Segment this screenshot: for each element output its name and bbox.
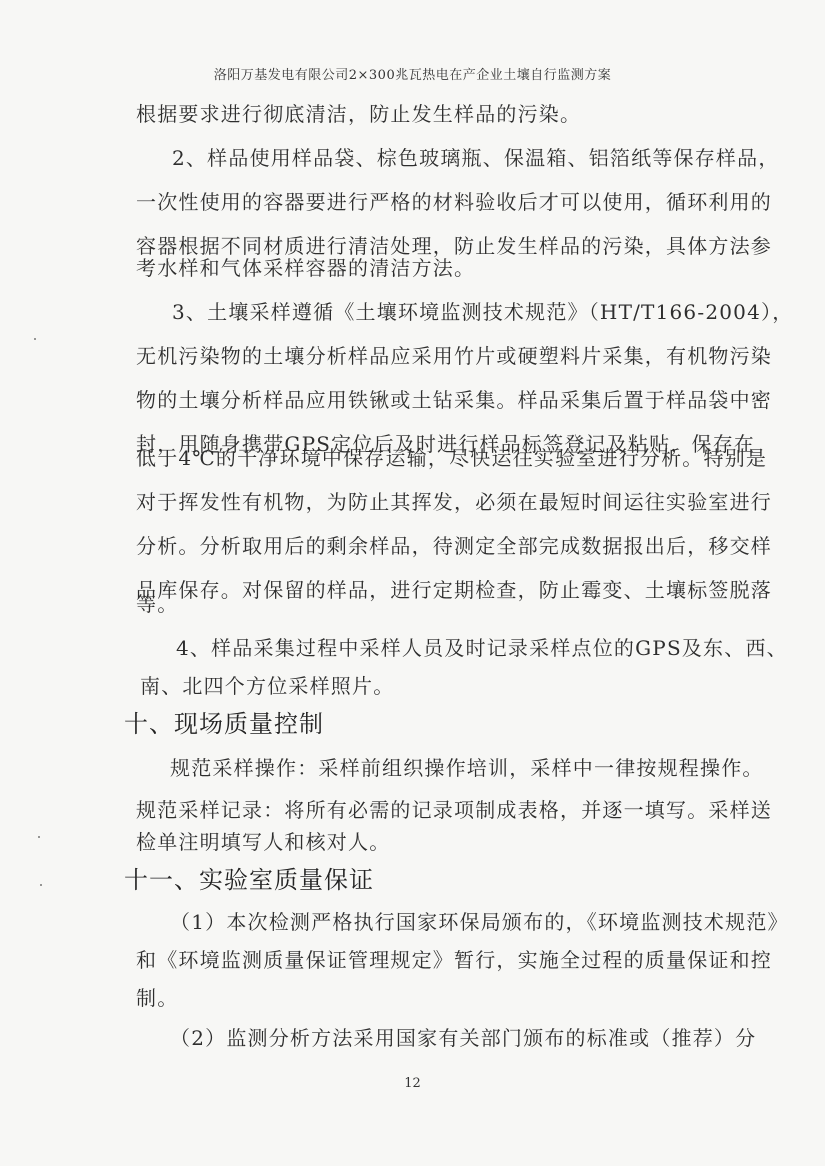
paragraph-line: 对于挥发性有机物，为防止其挥发，必须在最短时间运往实验室进行 (136, 490, 712, 514)
paragraph-line: 无机污染物的土壤分析样品应采用竹片或硬塑料片采集，有机物污染 (136, 344, 712, 368)
paragraph-line: 容器根据不同材质进行清洁处理，防止发生样品的污染，具体方法参 (136, 234, 712, 258)
paragraph-line: 规范采样操作：采样前组织操作培训，采样中一律按规程操作。 (170, 756, 712, 780)
paragraph-line: 考水样和气体采样容器的清洁方法。 (136, 256, 712, 280)
paragraph-line: （1）本次检测严格执行国家环保局颁布的，《环境监测技术规范》 (170, 910, 712, 934)
paragraph-line: 一次性使用的容器要进行严格的材料验收后才可以使用，循环利用的 (136, 190, 712, 214)
paragraph-line: 检单注明填写人和核对人。 (136, 830, 712, 854)
paragraph-line: 2、样品使用样品袋、棕色玻璃瓶、保温箱、铝箔纸等保存样品， (172, 146, 712, 170)
scan-speck (40, 884, 42, 886)
paragraph-line: 和《环境监测质量保证管理规定》暂行，实施全过程的质量保证和控 (136, 948, 712, 972)
paragraph-line: 3、土壤采样遵循《土壤环境监测技术规范》（HT/T166-2004）， (172, 300, 712, 324)
paragraph-line: 等。 (136, 592, 712, 616)
paragraph-line: 规范采样记录：将所有必需的记录项制成表格，并逐一填写。采样送 (136, 798, 712, 822)
paragraph-line: 根据要求进行彻底清洁，防止发生样品的污染。 (136, 102, 712, 126)
scan-speck (38, 836, 40, 838)
paragraph-line: 制。 (136, 986, 712, 1010)
running-header: 洛阳万基发电有限公司2×300兆瓦热电在产企业土壤自行监测方案 (0, 64, 825, 83)
paragraph-line: 4、样品采集过程中采样人员及时记录采样点位的GPS及东、西、 (176, 636, 712, 660)
section-heading-11: 十一、实验室质量保证 (124, 866, 374, 894)
paragraph-line: 分析。分析取用后的剩余样品，待测定全部完成数据报出后，移交样 (136, 534, 712, 558)
paragraph-line: 南、北四个方位采样照片。 (140, 674, 716, 698)
page-number: 12 (0, 1076, 825, 1091)
document-page: 洛阳万基发电有限公司2×300兆瓦热电在产企业土壤自行监测方案 根据要求进行彻底… (0, 0, 825, 1166)
scan-speck (34, 338, 36, 340)
paragraph-line: （2）监测分析方法采用国家有关部门颁布的标准或（推荐）分 (170, 1026, 712, 1050)
paragraph-line: 物的土壤分析样品应用铁锹或土钻采集。样品采集后置于样品袋中密 (136, 388, 712, 412)
section-heading-10: 十、现场质量控制 (124, 710, 324, 738)
paragraph-line: 低于4℃的干净环境中保存运输，尽快运往实验室进行分析。特别是 (136, 446, 712, 470)
